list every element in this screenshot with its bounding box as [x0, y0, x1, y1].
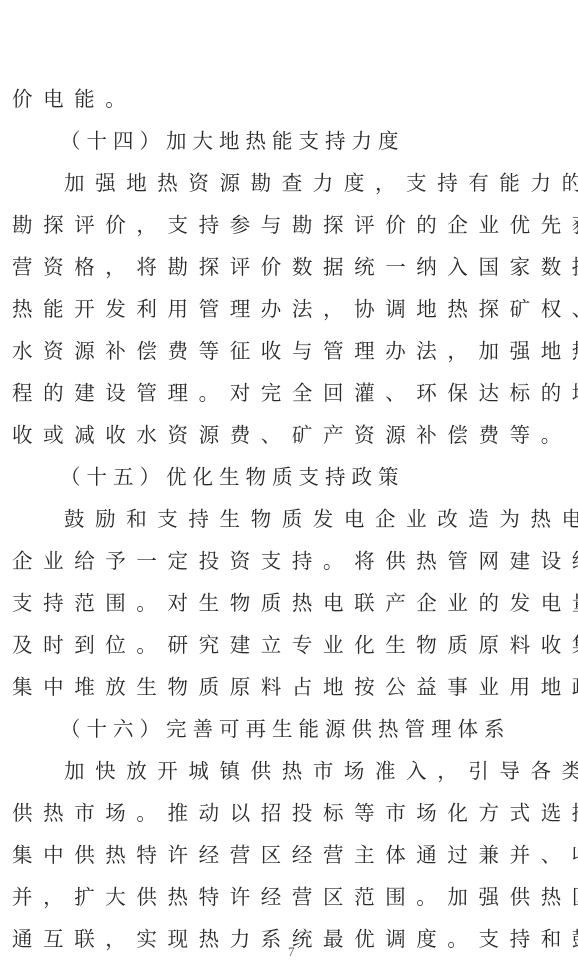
body-line: 企业给予一定投资支持。将供热管网建设纳入中央预算内投资: [12, 540, 576, 582]
page-number: 7: [288, 944, 295, 960]
paragraph-first-line: 加快放开城镇供热市场准入，引导各类开发企业进入城镇: [12, 750, 576, 792]
body-line: 勘探评价，支持参与勘探评价的企业优先获得地热资源特许经: [12, 204, 576, 246]
body-line: 支持范围。对生物质热电联产企业的发电量补贴资金优先保障: [12, 582, 576, 624]
document-page: 价电能。 （十四）加大地热能支持力度 加强地热资源勘查力度，支持有能力的企业积极…: [12, 78, 576, 960]
body-line: 营资格，将勘探评价数据统一纳入国家数据管理平台。出台地: [12, 246, 576, 288]
body-line: 集中供热特许经营区经营主体通过兼并、收购、重组等方式合: [12, 834, 576, 876]
section-heading-16: （十六）完善可再生能源供热管理体系: [12, 708, 576, 750]
body-line: 水资源补偿费等征收与管理办法，加强地热能开发利用重大工: [12, 330, 576, 372]
body-line: 集中堆放生物质原料占地按公益事业用地政策。: [12, 666, 576, 708]
body-line: 并，扩大供热特许经营区范围。加强供热区域内不同热源的互: [12, 876, 576, 918]
section-heading-14: （十四）加大地热能支持力度: [12, 120, 576, 162]
paragraph-first-line: 加强地热资源勘查力度，支持有能力的企业积极参与地热: [12, 162, 576, 204]
body-line: 价电能。: [12, 78, 576, 120]
body-line: 热能开发利用管理办法，协调地热探矿权、地热水采矿、地热: [12, 288, 576, 330]
body-line: 程的建设管理。对完全回灌、环保达标的地热供暖项目实行免: [12, 372, 576, 414]
section-heading-15: （十五）优化生物质支持政策: [12, 456, 576, 498]
body-line: 及时到位。研究建立专业化生物质原料收集体系和运营机制，: [12, 624, 576, 666]
paragraph-first-line: 鼓励和支持生物质发电企业改造为热电联产，政府对改造: [12, 498, 576, 540]
body-line: 收或减收水资源费、矿产资源补偿费等。: [12, 414, 576, 456]
body-line: 供热市场。推动以招投标等市场化方式选择供热主体。引导各: [12, 792, 576, 834]
